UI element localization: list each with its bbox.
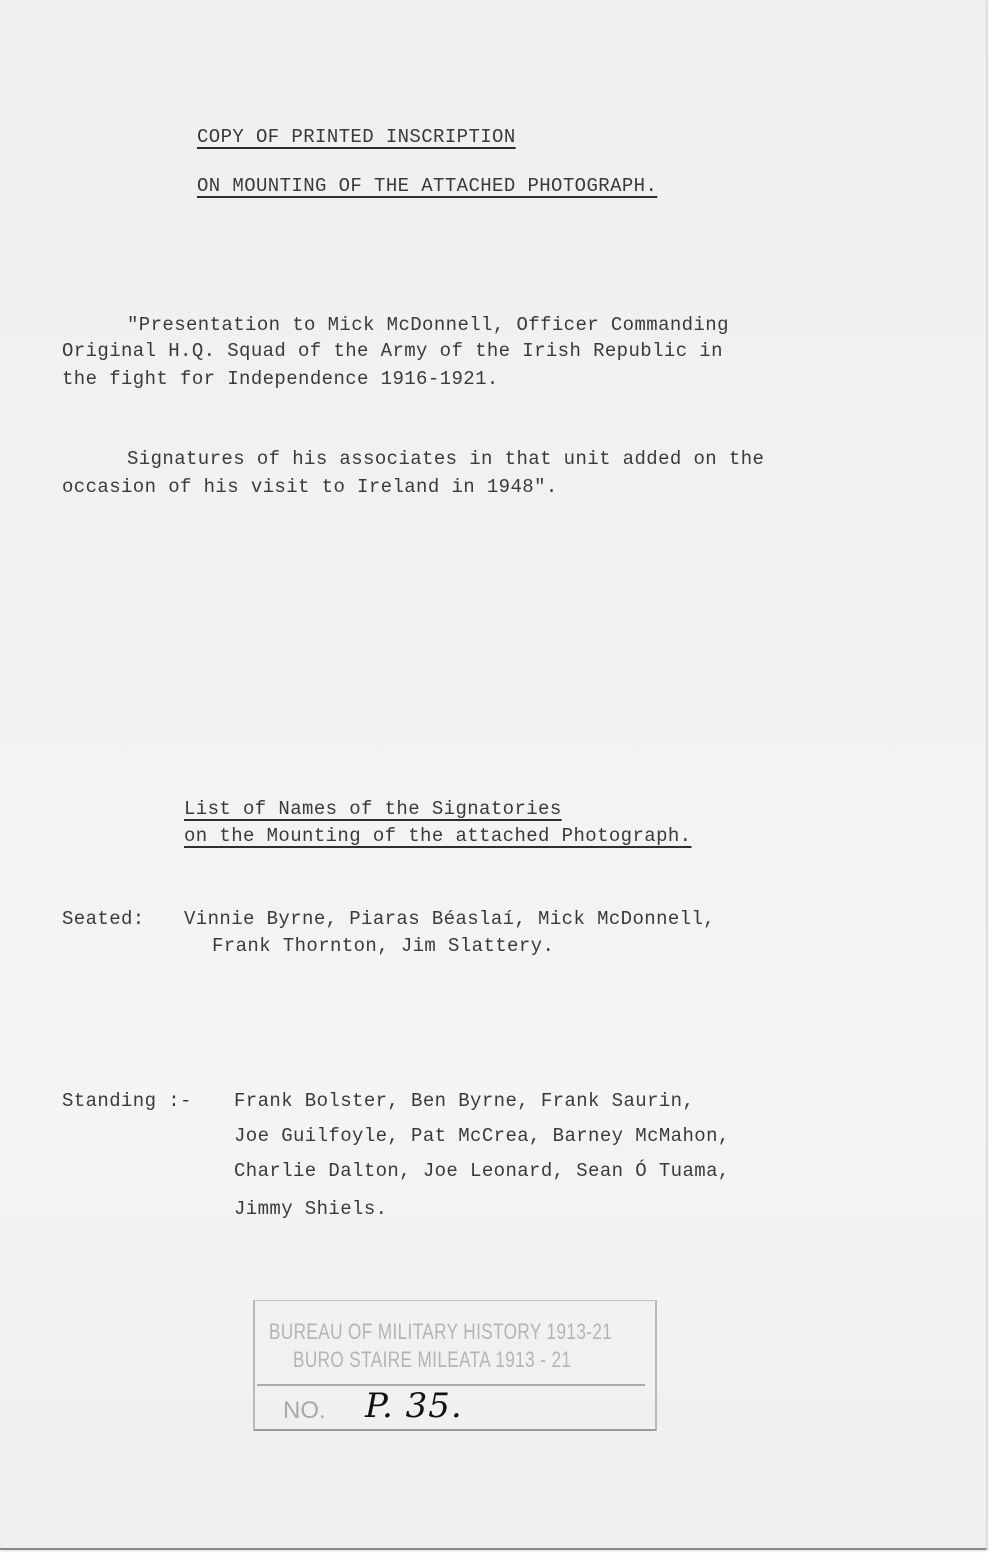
heading-line-2: ON MOUNTING OF THE ATTACHED PHOTOGRAPH. [197, 177, 657, 196]
inscription-line: occasion of his visit to Ireland in 1948… [62, 478, 558, 497]
standing-names-line: Frank Bolster, Ben Byrne, Frank Saurin, [234, 1092, 694, 1111]
list-heading-line-1: List of Names of the Signatories [184, 800, 562, 819]
stamp-line-1: BUREAU OF MILITARY HISTORY 1913-21 [269, 1319, 612, 1345]
standing-names-line: Jimmy Shiels. [234, 1200, 387, 1219]
inscription-line: "Presentation to Mick McDonnell, Officer… [127, 316, 729, 335]
seated-names-line: Frank Thornton, Jim Slattery. [212, 937, 554, 956]
stamp-line-2: BURO STAIRE MILEATA 1913 - 21 [293, 1347, 571, 1373]
stamp-number-label: NO. [283, 1397, 326, 1425]
standing-names-line: Joe Guilfoyle, Pat McCrea, Barney McMaho… [234, 1127, 730, 1146]
heading-line-1: COPY OF PRINTED INSCRIPTION [197, 128, 516, 147]
stamp-number-value: P. 35. [365, 1386, 463, 1426]
seated-label: Seated: [62, 910, 145, 929]
inscription-line: Original H.Q. Squad of the Army of the I… [62, 342, 723, 361]
list-heading-line-2: on the Mounting of the attached Photogra… [184, 827, 691, 846]
document-page: COPY OF PRINTED INSCRIPTION ON MOUNTING … [0, 0, 987, 1550]
archive-stamp: BUREAU OF MILITARY HISTORY 1913-21 BURO … [253, 1300, 657, 1431]
standing-names-line: Charlie Dalton, Joe Leonard, Sean Ó Tuam… [234, 1162, 730, 1181]
standing-label: Standing :- [62, 1092, 192, 1111]
inscription-line: the fight for Independence 1916-1921. [62, 370, 499, 389]
seated-names-line: Vinnie Byrne, Piaras Béaslaí, Mick McDon… [184, 910, 715, 929]
inscription-line: Signatures of his associates in that uni… [127, 450, 764, 469]
